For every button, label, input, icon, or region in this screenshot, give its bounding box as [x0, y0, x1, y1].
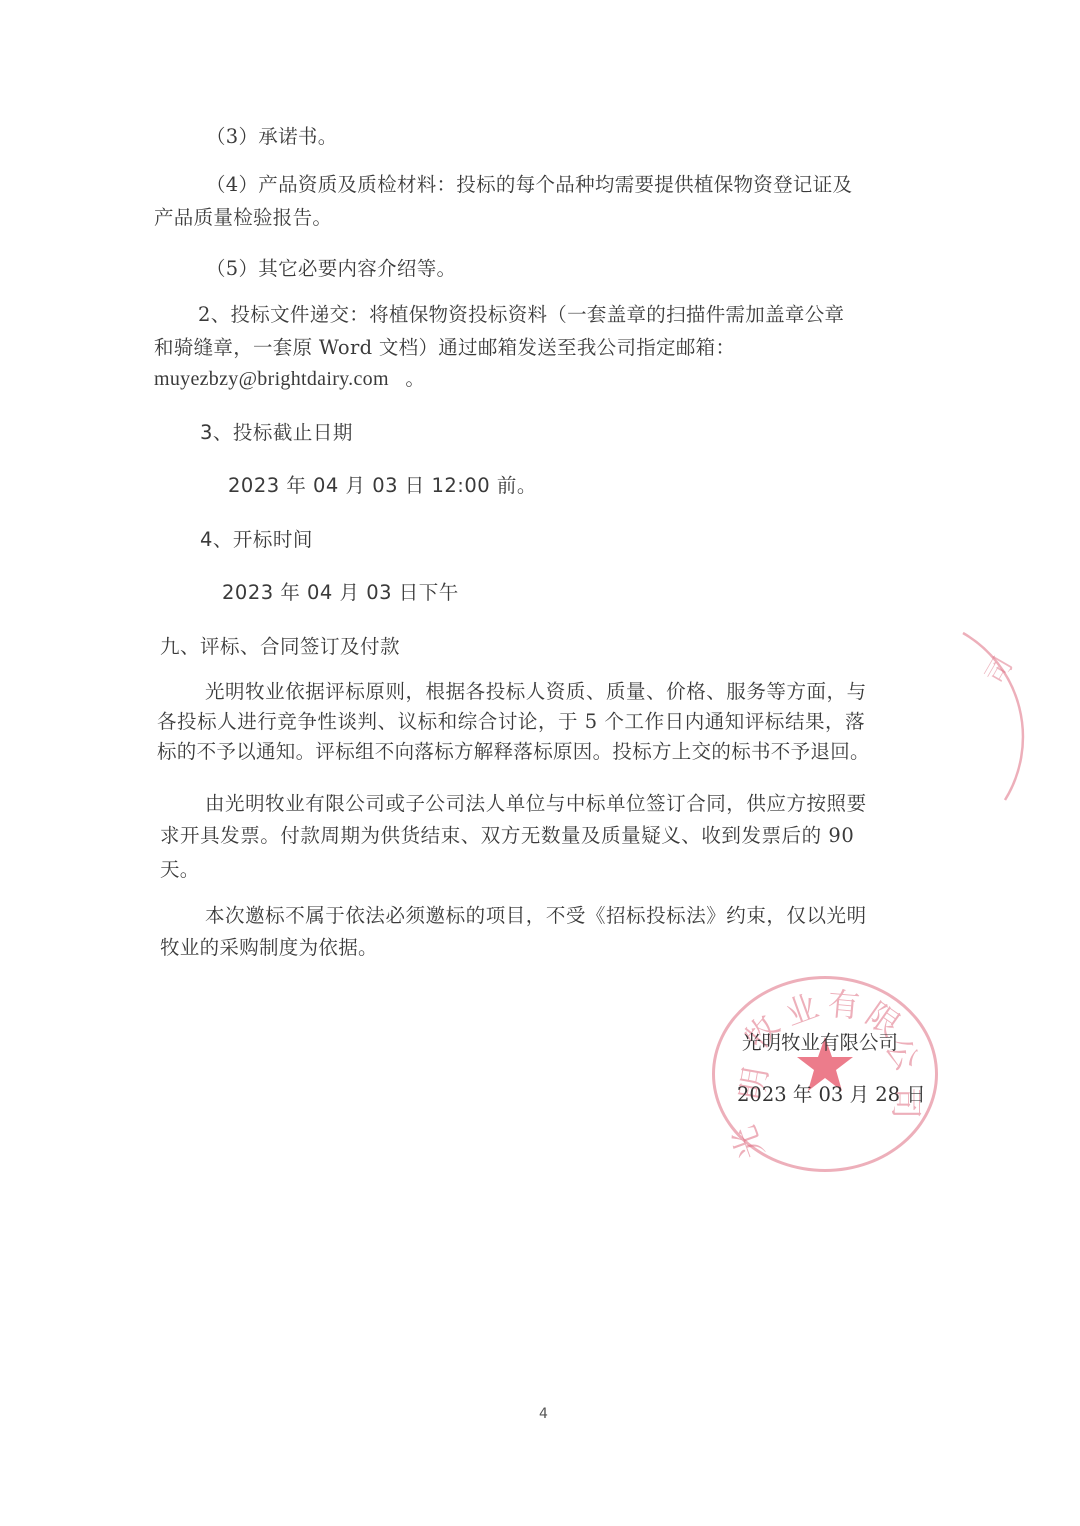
signature-company: 光明牧业有限公司 [742, 1033, 898, 1053]
section-9-para-2-line-2: 求开具发票。付款周期为供货结束、双方无数量及质量疑义、收到发票后的 90 [160, 826, 854, 846]
item-3: （3）承诺书。 [206, 127, 338, 147]
page-number: 4 [539, 1406, 548, 1422]
section-9-para-1-line-3: 标的不予以通知。评标组不向落标方解释落标原因。投标方上交的标书不予退回。 [157, 742, 870, 762]
opening-heading: 4、开标时间 [200, 530, 313, 550]
section-9-para-2-line-3: 天。 [160, 860, 200, 880]
signature-date: 2023 年 03 月 28 日 [737, 1085, 926, 1105]
item-4-line-2: 产品质量检验报告。 [154, 208, 332, 228]
item-4-line-1: （4）产品资质及质检材料：投标的每个品种均需要提供植保物资登记证及 [206, 175, 852, 195]
deadline-heading: 3、投标截止日期 [200, 423, 353, 443]
section-9-para-2-line-1: 由光明牧业有限公司或子公司法人单位与中标单位签订合同，供应方按照要 [205, 794, 867, 814]
submission-email-line: muyezbzy@brightdairy.com 。 [154, 369, 425, 389]
partial-seal-char: 司 [980, 652, 1019, 690]
section-9-heading: 九、评标、合同签订及付款 [160, 637, 400, 657]
seal-char: 光 [719, 1120, 773, 1166]
submission-email: muyezbzy@brightdairy.com [154, 368, 389, 390]
item-5: （5）其它必要内容介绍等。 [206, 259, 456, 279]
section-9-para-3-line-1: 本次邀标不属于依法必须邀标的项目，不受《招标投标法》约束，仅以光明 [205, 906, 867, 926]
section-9-para-3-line-2: 牧业的采购制度为依据。 [160, 938, 378, 958]
opening-value: 2023 年 04 月 03 日下午 [222, 583, 459, 603]
deadline-value: 2023 年 04 月 03 日 12:00 前。 [228, 476, 537, 496]
seal-char: 有 [826, 979, 862, 1028]
submission-line-1: 2、投标文件递交：将植保物资投标资料（一套盖章的扫描件需加盖章公章 [198, 305, 844, 325]
submission-email-suffix: 。 [405, 367, 425, 390]
partial-seal-stamp: 司 [960, 630, 1060, 810]
section-9-para-1-line-2: 各投标人进行竞争性谈判、议标和综合讨论，于 5 个工作日内通知评标结果，落 [157, 712, 865, 732]
section-9-para-1-line-1: 光明牧业依据评标原则，根据各投标人资质、质量、价格、服务等方面，与 [205, 682, 867, 702]
submission-line-2: 和骑缝章，一套原 Word 文档）通过邮箱发送至我公司指定邮箱： [154, 338, 735, 358]
